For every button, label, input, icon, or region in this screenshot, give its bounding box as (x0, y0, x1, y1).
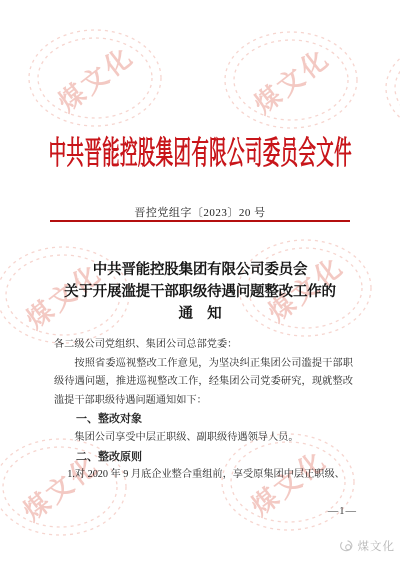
watermark: 煤文化 (377, 32, 400, 144)
section-heading-2: 二、整改原则 (54, 448, 353, 467)
doc-title-line-2: 关于开展滥提干部职级待遇问题整改工作的 (0, 281, 400, 303)
red-rule (50, 220, 350, 222)
doc-number: 晋控党组字〔2023〕20 号 (0, 204, 400, 220)
footer-logo: 煤文化 (338, 538, 396, 554)
watermark: 煤文化 (20, 22, 170, 134)
doc-title-line-1: 中共晋能控股集团有限公司委员会 (0, 259, 400, 281)
body-line: 级待遇问题，推进巡视整改工作，经集团公司党委研究，现就整改 (54, 373, 353, 392)
doc-title: 中共晋能控股集团有限公司委员会 关于开展滥提干部职级待遇问题整改工作的 通 知 (0, 259, 400, 325)
body-line: 按照省委巡视整改工作意见，为坚决纠正集团公司滥提干部职 (54, 355, 353, 374)
body-text: 各二级公司党组织、集团公司总部党委： 按照省委巡视整改工作意见，为坚决纠正集团公… (54, 336, 353, 485)
watermark: 煤文化 (216, 24, 366, 136)
page-number: —1— (328, 506, 357, 517)
footer-logo-text: 煤文化 (358, 538, 396, 554)
body-line: 集团公司享受中层正职级、副职级待遇领导人员。 (54, 429, 353, 448)
body-line: 滥提干部职级待遇问题通知如下： (54, 392, 353, 411)
watermark-rings-icon (216, 24, 366, 136)
watermark-rings-icon (377, 32, 400, 144)
doc-title-line-3: 通 知 (0, 303, 400, 325)
watermark-rings-icon (20, 22, 170, 134)
watermark-text: 煤文化 (49, 37, 140, 120)
coal-culture-logo-icon (338, 539, 355, 554)
section-heading-1: 一、整改对象 (54, 410, 353, 429)
masthead: 中共晋能控股集团有限公司委员会文件 (0, 134, 400, 174)
org-title: 中共晋能控股集团有限公司委员会文件 (48, 133, 351, 176)
watermark-text: 煤文化 (245, 39, 336, 122)
document-page: 煤文化 煤文化 煤文化 煤文化 煤文化 煤文化 (0, 0, 400, 565)
body-salutation: 各二级公司党组织、集团公司总部党委： (54, 336, 353, 355)
body-line: 1.对 2020 年 9 月底企业整合重组前，享受原集团中层正职级、 (54, 466, 353, 485)
